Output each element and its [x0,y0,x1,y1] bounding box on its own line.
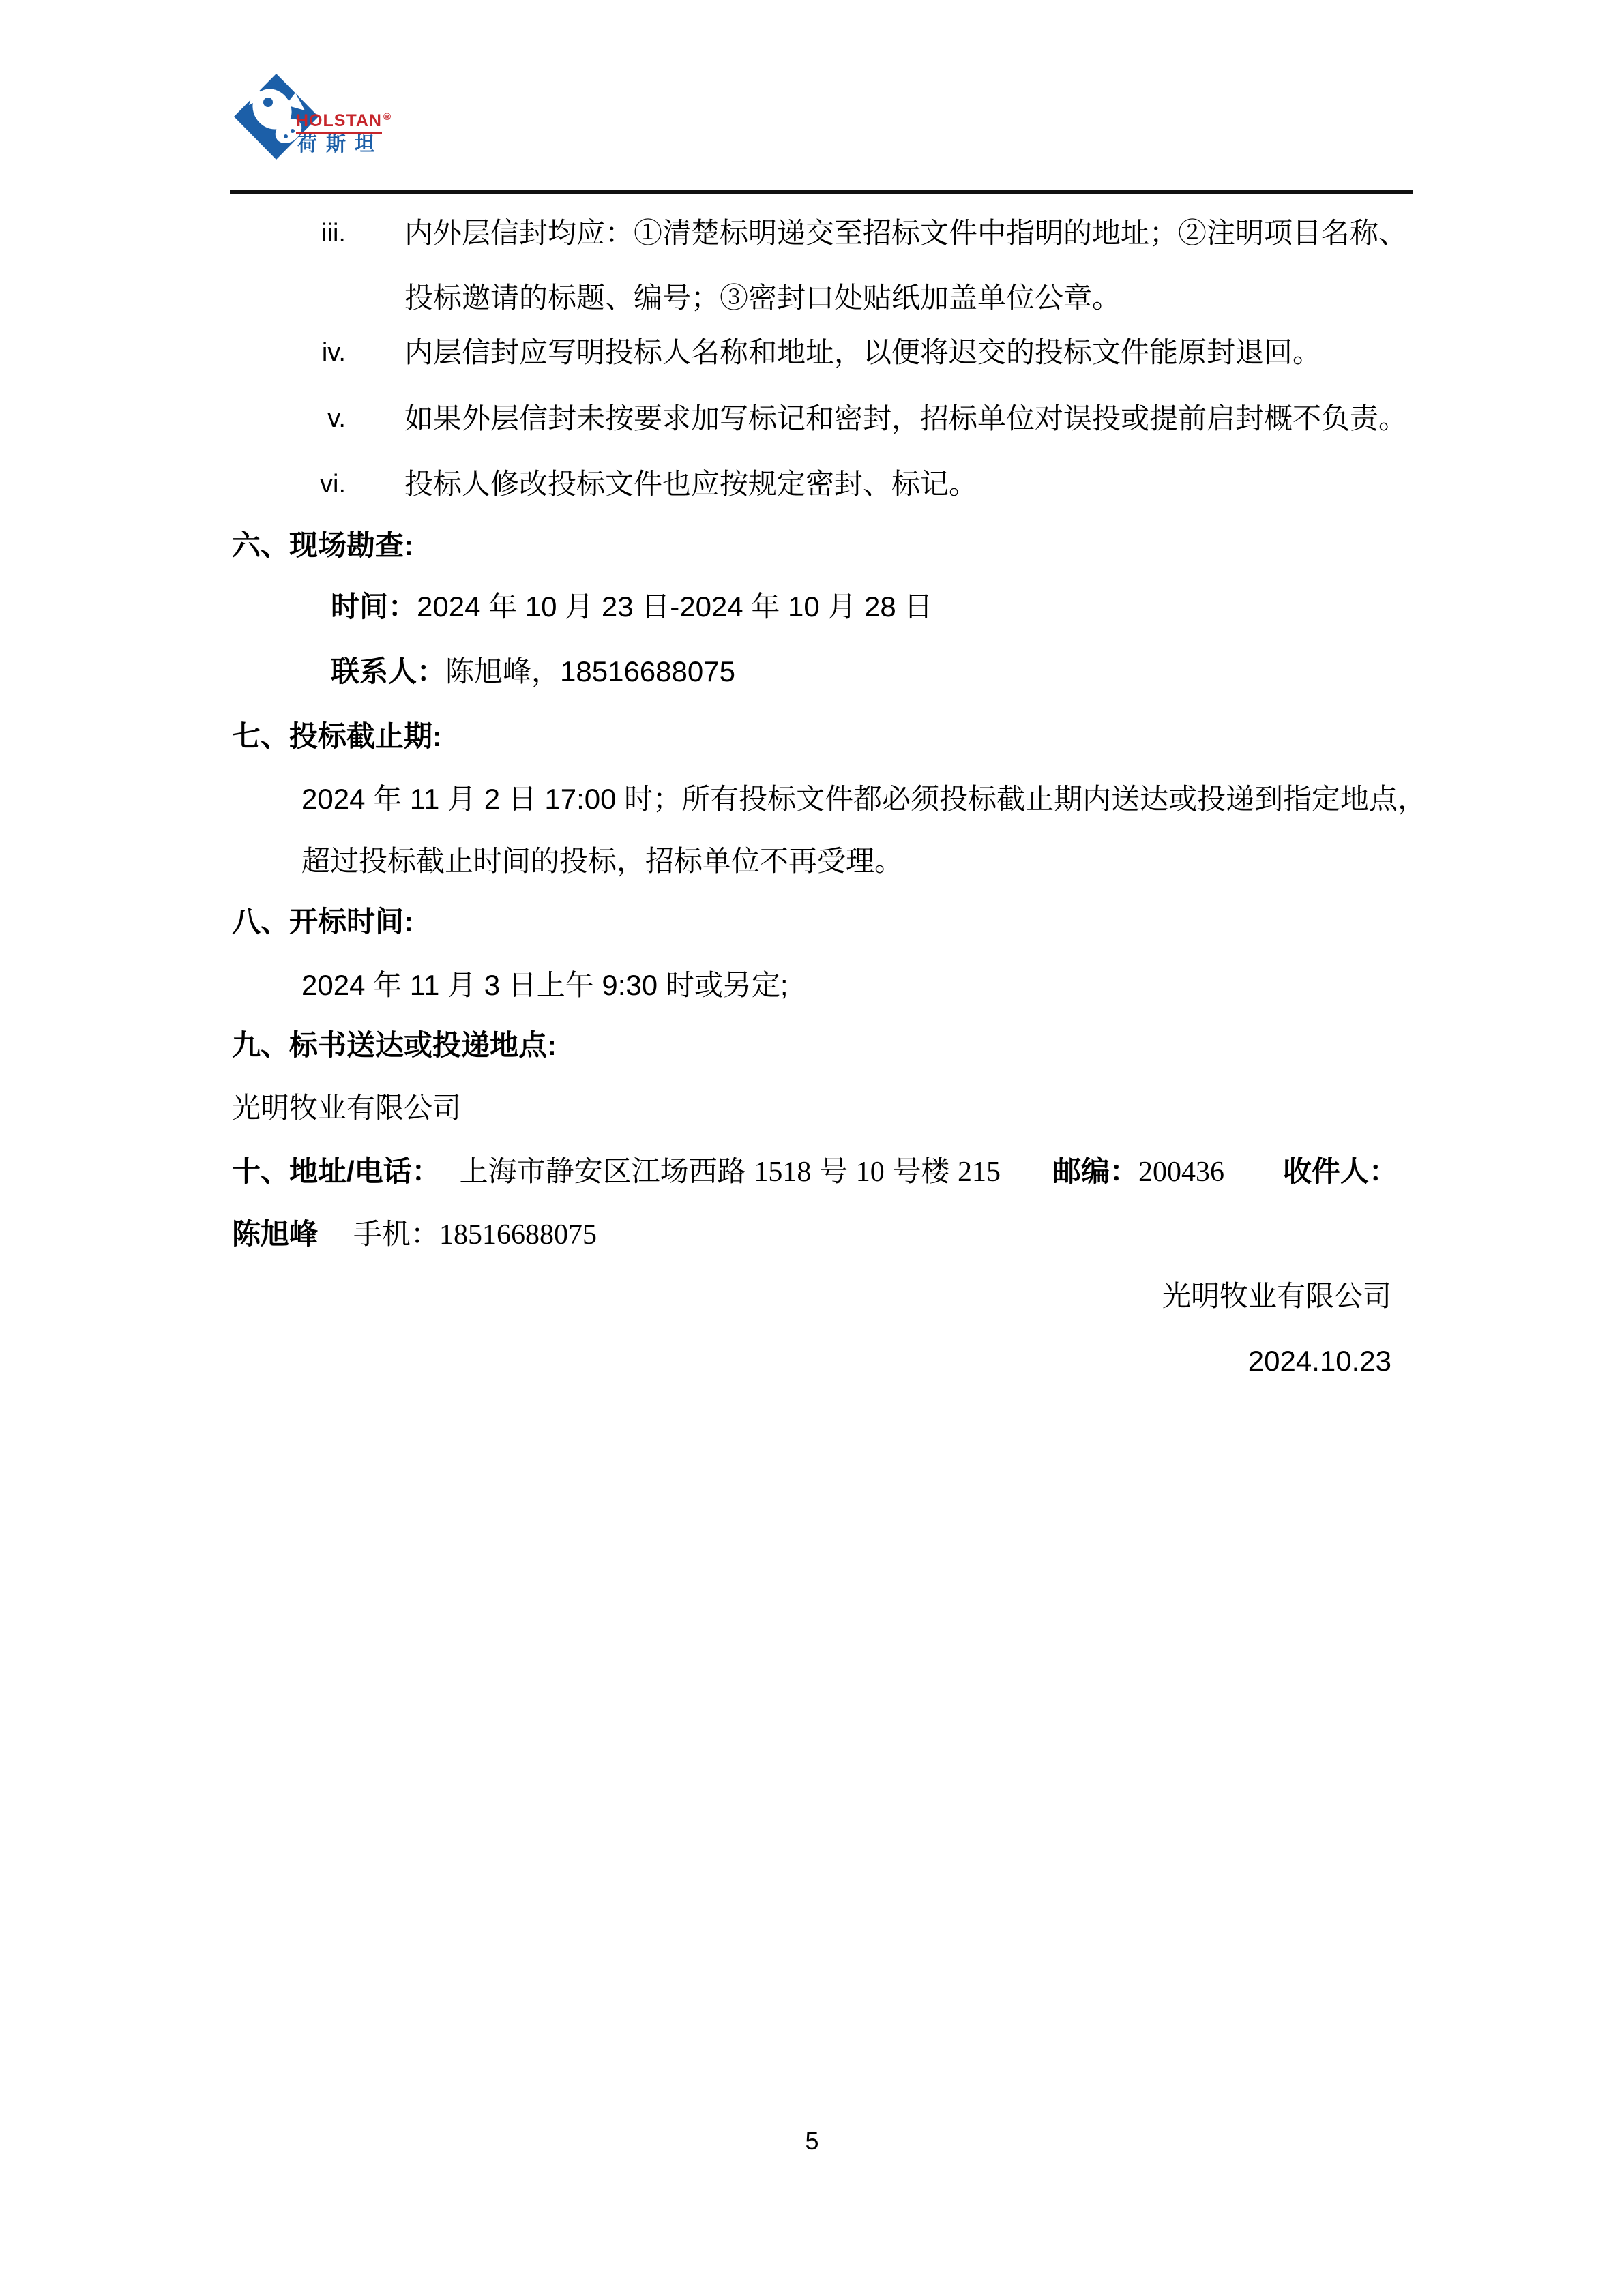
registered-trademark-icon: ® [383,111,392,123]
list-item-iii-line1: 内外层信封均应：①清楚标明递交至招标文件中指明的地址；②注明项目名称、 [404,212,1407,254]
recipient-name: 陈旭峰 [232,1218,318,1250]
mobile-value: 18516688075 [439,1219,597,1251]
holstan-logo: HOLSTAN® 荷斯坦 [225,65,409,164]
address-text-1: 上海市静安区江场西路 [460,1155,754,1187]
mobile-label: 手机： [353,1218,439,1250]
header-divider [230,190,1413,194]
time-label: 时间： [331,591,417,623]
section-8-heading: 八、开标时间: [232,901,413,943]
recipient-label: 收件人： [1283,1155,1398,1187]
list-marker-iv: iv. [264,331,346,374]
bid-opening-time-line: 2024 年 11 月 3 日上午 9:30 时或另定; [301,964,788,1007]
list-item-iii-line2: 投标邀请的标题、编号；③密封口处贴纸加盖单位公章。 [404,277,1121,319]
time-value: 2024 年 10 月 23 日-2024 年 10 月 28 日 [417,591,932,623]
address-phone-line: 十、地址/电话：上海市静安区江场西路 1518 号 10 号楼 215邮编：20… [232,1150,1398,1193]
contact-label: 联系人： [331,655,445,687]
list-item-iv: 内层信封应写明投标人名称和地址，以便将迟交的投标文件能原封退回。 [404,331,1321,374]
contact-value: 陈旭峰，18516688075 [445,655,735,687]
recipient-phone-line: 陈旭峰手机：18516688075 [232,1213,597,1256]
address-number-3: 215 [958,1157,1001,1188]
address-number-2: 10 [856,1157,885,1188]
list-item-v: 如果外层信封未按要求加写标记和密封，招标单位对误投或提前启封概不负责。 [404,398,1407,440]
page-number: 5 [0,2120,1624,2162]
deadline-line2: 超过投标截止时间的投标，招标单位不再受理。 [301,840,903,882]
list-marker-v: v. [264,398,346,440]
zip-value: 200436 [1138,1157,1224,1188]
list-item-vi: 投标人修改投标文件也应按规定密封、标记。 [404,463,977,505]
address-text-2: 号 [811,1155,855,1187]
site-survey-contact-line: 联系人：陈旭峰，18516688075 [331,651,735,693]
section-10-heading: 十、地址/电话： [232,1155,441,1187]
signature-date: 2024.10.23 [1248,1340,1391,1382]
list-marker-vi: vi. [264,463,346,505]
section-9-heading: 九、标书送达或投递地点: [232,1024,557,1067]
logo-brand-text: HOLSTAN® [296,113,392,132]
site-survey-time-line: 时间：2024 年 10 月 23 日-2024 年 10 月 28 日 [331,586,932,628]
zip-label: 邮编： [1052,1155,1138,1187]
delivery-company-name: 光明牧业有限公司 [232,1087,461,1129]
list-marker-iii: iii. [264,212,346,254]
document-page: HOLSTAN® 荷斯坦 iii. 内外层信封均应：①清楚标明递交至招标文件中指… [0,0,1624,2296]
section-6-heading: 六、现场勘查: [232,524,413,567]
address-text-3: 号楼 [885,1155,958,1187]
logo-brand-name: HOLSTAN [296,111,382,134]
logo-brand-chinese: 荷斯坦 [297,134,383,155]
deadline-line1: 2024 年 11 月 2 日 17:00 时；所有投标文件都必须投标截止期内送… [301,778,1426,820]
address-number-1: 1518 [754,1157,811,1188]
section-7-heading: 七、投标截止期: [232,715,442,758]
signature-company: 光明牧业有限公司 [1162,1275,1391,1317]
